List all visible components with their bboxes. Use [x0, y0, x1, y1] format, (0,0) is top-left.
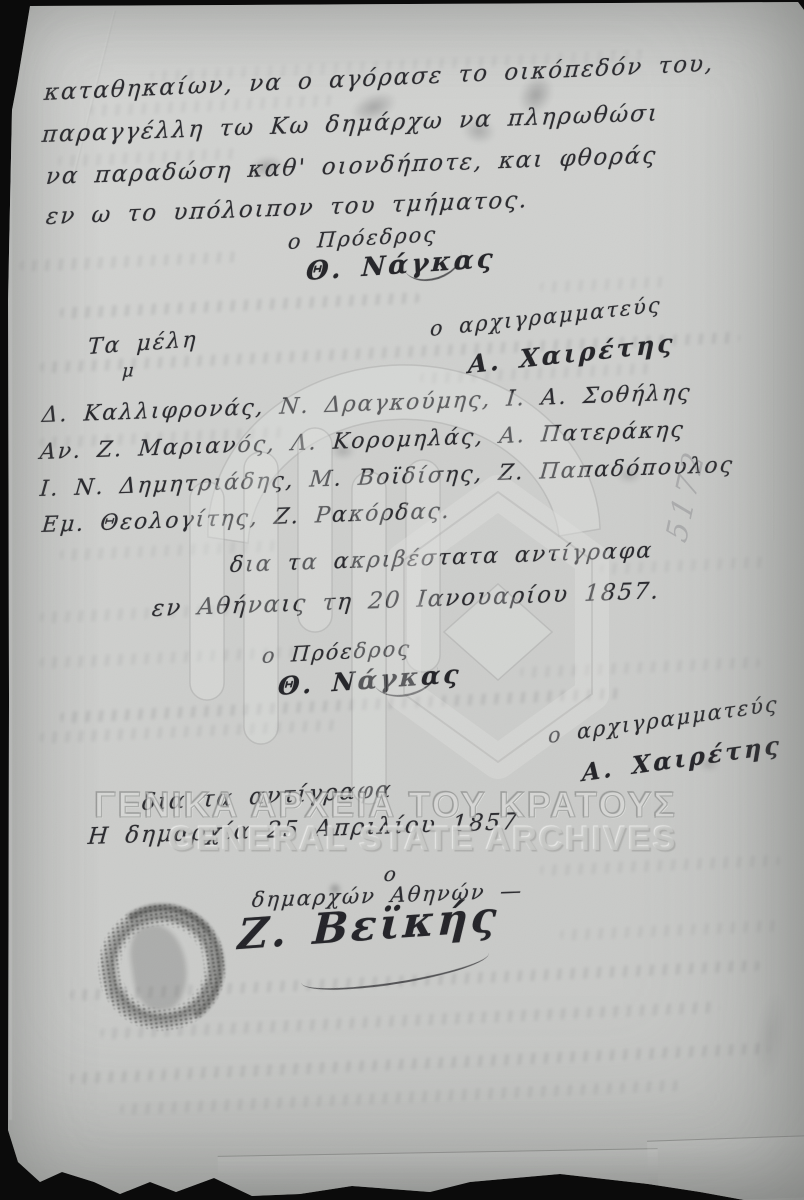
paper-sheet: καταθηκαίων, να ο αγόρασε το οικόπεδόν τ… — [0, 0, 804, 1200]
round-ink-stamp-icon — [87, 891, 236, 1042]
handwritten-line: να παραδώση καθ' οιονδήποτε, και φθοράς — [45, 143, 659, 190]
paper-edge-highlight — [9, 90, 12, 1120]
paper-crease — [772, 140, 774, 540]
handwritten-line: εν ω το υπόλοιπον του τμήματος. — [45, 187, 530, 230]
bleedthrough-row — [540, 276, 670, 293]
scanned-document: καταθηκαίων, να ο αγόρασε το οικόπεδόν τ… — [0, 0, 804, 1200]
archives-logo-watermark-icon — [168, 332, 630, 810]
bleedthrough-row — [70, 1043, 770, 1085]
watermark-text-english: GENERAL STATE ARCHIVES — [168, 820, 677, 859]
ink-smudge — [750, 988, 792, 1081]
repair-tape — [218, 1148, 659, 1200]
members-heading-mark: μ — [121, 360, 136, 382]
bleedthrough-row — [560, 920, 780, 941]
bleedthrough-row — [60, 292, 420, 319]
handwritten-line: καταθηκαίων, να ο αγόρασε το οικόπεδόν τ… — [43, 51, 715, 106]
bleedthrough-row — [120, 1080, 680, 1115]
bleedthrough-row — [20, 251, 240, 272]
repair-tape — [647, 1135, 804, 1200]
handwritten-line: παραγγέλλη τω Κω δημάρχω να πληρωθώσι — [41, 100, 660, 148]
